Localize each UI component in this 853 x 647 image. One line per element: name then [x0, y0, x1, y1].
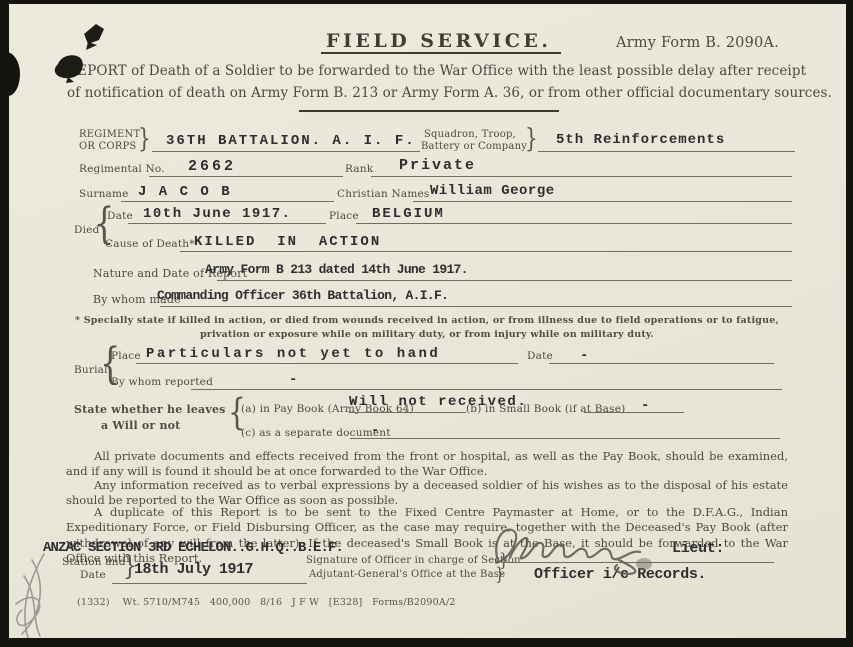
- form-number: Army Form B. 2090A.: [616, 35, 779, 51]
- by-whom-made-line: [160, 306, 792, 307]
- squadron-label-line1: Squadron, Troop,: [424, 129, 516, 140]
- station-label-line2: Date: [80, 569, 106, 581]
- will-label-line1: State whether he leaves: [74, 403, 226, 416]
- surname-value: J A C O B: [138, 184, 232, 200]
- scanned-death-report-form: FIELD SERVICE. Army Form B. 2090A. REPOR…: [0, 0, 853, 647]
- regiment-line: [152, 151, 420, 152]
- died-place-line: [356, 223, 792, 224]
- scan-border-right: [846, 0, 853, 647]
- squadron-value: 5th Reinforcements: [556, 132, 725, 148]
- died-date-value: 10th June 1917.: [143, 206, 292, 222]
- will-label-line2: a Will or not: [101, 419, 180, 432]
- intro-line-1: REPORT of Death of a Soldier to be forwa…: [67, 63, 806, 79]
- scan-border-left: [0, 0, 9, 647]
- cause-of-death-label: Cause of Death*: [105, 238, 195, 250]
- rank-label: Rank: [345, 163, 373, 175]
- christian-names-value: William George: [430, 183, 555, 199]
- rank-value: Private: [399, 157, 476, 174]
- died-brace: {: [94, 201, 114, 244]
- form-title: FIELD SERVICE.: [326, 30, 551, 52]
- will-c-line: [350, 438, 780, 439]
- officer-rank-value: Lieut:: [672, 540, 724, 557]
- cause-footnote: * Specially state if killed in action, o…: [68, 314, 786, 342]
- will-a-value: Will not received.: [349, 394, 527, 410]
- regiment-value: 36TH BATTALION. A. I. F.: [166, 133, 416, 149]
- by-whom-made-value: Commanding Officer 36th Battalion, A.I.F…: [157, 288, 448, 303]
- header-separator: [299, 110, 559, 112]
- burial-reported-line: [191, 389, 782, 390]
- regiment-label-line2: OR CORPS: [79, 141, 136, 152]
- will-b-value: -: [641, 398, 649, 414]
- surname-line: [121, 201, 334, 202]
- died-place-value: BELGIUM: [372, 206, 445, 222]
- regiment-label-line1: REGIMENT: [79, 129, 140, 140]
- scan-border-top: [0, 0, 853, 4]
- squadron-brace: }: [525, 125, 538, 151]
- cause-of-death-value: KILLED IN ACTION: [194, 234, 381, 250]
- regiment-brace: }: [138, 125, 151, 151]
- christian-names-line: [413, 201, 792, 202]
- burial-place-line: [136, 363, 518, 364]
- printer-imprint: (1332) Wt. 5710/M745 400,000 8/16 J F W …: [77, 597, 456, 608]
- report-line: [217, 280, 792, 281]
- will-b-line: [584, 412, 684, 413]
- christian-names-label: Christian Names: [337, 188, 430, 200]
- pencil-scribble: [2, 548, 74, 644]
- intro-line-2: of notification of death on Army Form B.…: [67, 85, 832, 101]
- note-paragraph-1: All private documents and effects receiv…: [66, 449, 788, 480]
- burial-date-label: Date: [527, 350, 553, 362]
- report-value: Army Form B 213 dated 14th June 1917.: [205, 262, 468, 277]
- squadron-line: [538, 151, 795, 152]
- regimental-no-label: Regimental No.: [79, 163, 165, 175]
- burial-place-value: Particulars not yet to hand: [146, 346, 440, 362]
- echelon-value: ANZAC SECTION 3RD ECHELON..G.H.Q..B.E.F.: [43, 540, 343, 556]
- regimental-no-value: 2662: [188, 158, 236, 175]
- died-place-label: Place: [329, 210, 359, 222]
- burial-date-value: -: [580, 348, 588, 364]
- signature-caption-line2: Adjutant-General's Office at the Base: [309, 569, 505, 580]
- station-date-value: 18th July 1917: [134, 561, 253, 578]
- rank-line: [371, 176, 792, 177]
- title-underline: [321, 52, 561, 54]
- will-a-line: [349, 412, 466, 413]
- will-c-value: -: [371, 423, 379, 439]
- burial-brace: {: [100, 341, 120, 384]
- burial-reported-label: By whom reported: [111, 376, 213, 388]
- squadron-label-line2: Battery or Company: [421, 141, 527, 152]
- scan-border-bottom: [0, 638, 853, 647]
- cause-of-death-line: [180, 251, 792, 252]
- regimental-no-line: [149, 176, 343, 177]
- station-date-line: [112, 583, 307, 584]
- ink-blot-marks: [48, 20, 120, 98]
- handwritten-signature: [488, 521, 678, 579]
- burial-reported-value: -: [289, 372, 297, 388]
- died-date-line: [128, 223, 326, 224]
- will-brace: {: [228, 395, 246, 431]
